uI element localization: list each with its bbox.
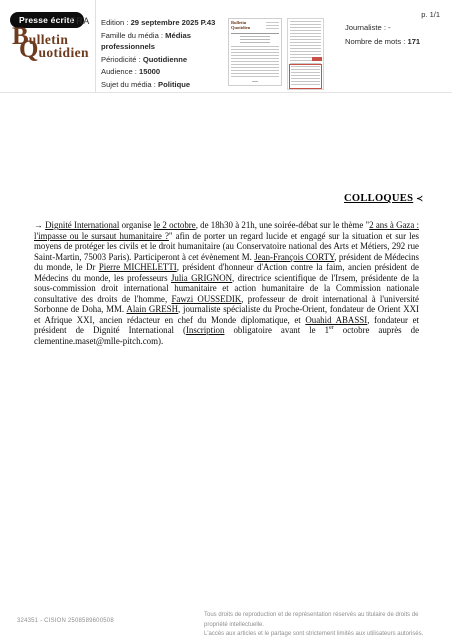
thumbnail-header-block [240,36,270,43]
press-clipping-page: Presse écrite FRA B ulletin Q uotidien E… [0,0,452,640]
section-highlight-chip [312,57,322,61]
clipping-reference: 324351 - CISION 2508589600508 [17,618,114,624]
thumbnail-rule [231,33,279,34]
rights-line-2: L'accès aux articles et le partage sont … [204,630,440,640]
source-page-thumbnail-front: Bulletin Quotidien [228,18,282,86]
rights-line-1: Tous droits de reproduction et de représ… [204,611,440,630]
text-segment: , de 18h30 à 21h, une soirée-débat sur l… [196,220,369,230]
underlined-text: Alain GRESH [126,304,178,314]
logo-initial-q: Q [19,39,38,61]
rights-notice: Tous droits de reproduction et de représ… [204,611,440,640]
meta-row-sujet: Sujet du média : Politique [101,79,225,91]
underlined-text: Pierre MICHELETTI [99,262,177,272]
underlined-text: Ouahid ABASSI [305,315,367,325]
article-highlight-box [289,64,322,89]
meta-row-edition: Edition : 29 septembre 2025 P.43 [101,17,225,29]
meta-row-periodicite: Périodicité : Quotidienne [101,54,225,66]
article-metadata: Journaliste : - Nombre de mots : 171 [345,22,420,50]
underlined-text: le 2 octobre [154,220,196,230]
meta-row-audience: Audience : 15000 [101,66,225,78]
thumbnail-footer-mark [252,81,258,82]
header-divider [0,92,452,93]
language-label: FRA [70,16,90,26]
source-page-thumbnail-article [287,18,324,90]
logo-text: uotidien [38,45,88,61]
text-segment: obligatoire avant le 1 [224,325,329,335]
bulletin-quotidien-logo: B ulletin Q uotidien [12,26,89,61]
media-metadata: Edition : 29 septembre 2025 P.43 Famille… [101,17,225,91]
meta-row-famille: Famille du média : Médias professionnels [101,30,225,53]
section-heading-text: COLLOQUES [344,193,413,204]
text-segment: → [34,220,45,230]
section-heading: COLLOQUES≺ [344,193,423,204]
text-segment: organise [119,220,153,230]
article-paragraph: → Dignité International organise le 2 oc… [34,220,419,346]
left-pointer-icon: ≺ [416,194,423,203]
meta-row-nombre-mots: Nombre de mots : 171 [345,36,420,47]
underlined-text: Inscription [186,325,224,335]
underlined-text: Dignité International [45,220,119,230]
thumbnail-text-lines [231,46,279,78]
underlined-text: Julia GRIGNON [171,273,232,283]
thumbnail-address-lines [266,22,279,30]
thumbnail-logo: Bulletin Quotidien [231,21,250,30]
underlined-text: Fawzi OUSSEDIK [171,294,241,304]
page-indicator: p. 1/1 [421,10,440,19]
highlighted-text-lines [291,66,320,87]
header-vertical-divider [95,0,96,92]
meta-row-journaliste: Journaliste : - [345,22,420,33]
underlined-text: Jean-François CORTY [254,252,334,262]
